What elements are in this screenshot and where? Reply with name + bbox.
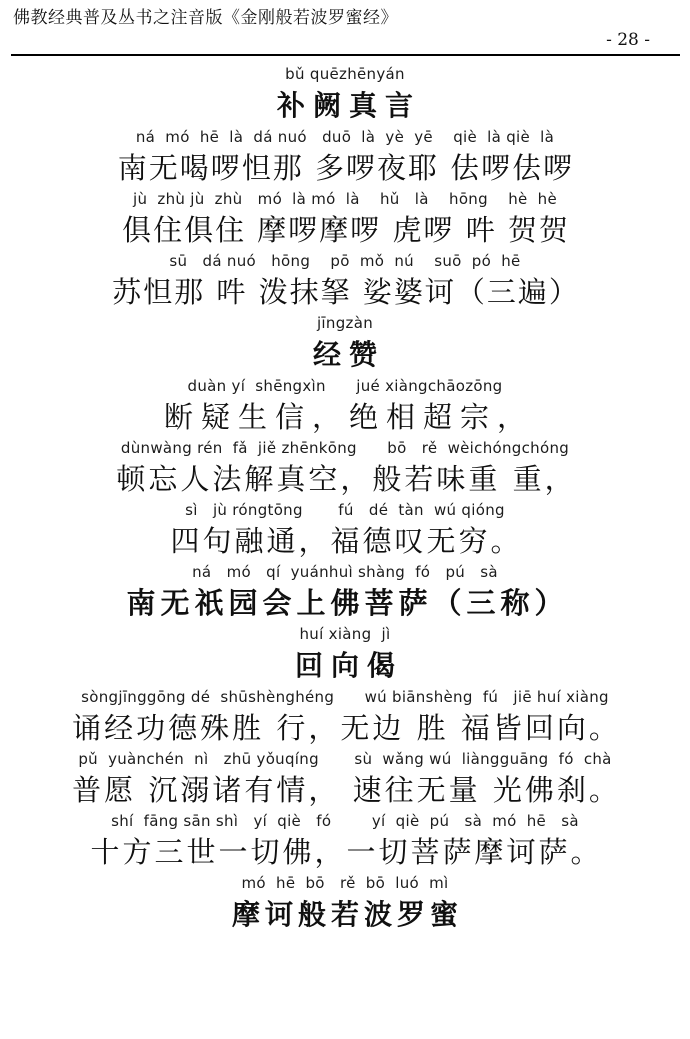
page-number: - 28 - (0, 30, 690, 51)
closing-title-hanzi: 摩诃般若波罗蜜 (0, 894, 690, 935)
pinyin-line: bǔ quēzhēnyán (0, 64, 690, 85)
hanzi-line: 顿忘人法解真空，般若味重 重， (0, 459, 690, 499)
homage-line: ná mó qí yuánhuì shàng fó pú sà 南无祇园会上佛菩… (0, 562, 690, 623)
verse-line: shí fāng sān shì yí qiè fó yí qiè pú sà … (0, 811, 690, 872)
mantra-line: ná mó hē là dá nuó duō là yè yē qiè là q… (0, 127, 690, 188)
section-title-hanzi: 补阙真言 (0, 85, 690, 126)
section-title-jingzan: jīngzàn 经赞 (0, 313, 690, 375)
hanzi-line: 南无祇园会上佛菩萨（三称） (0, 583, 690, 623)
mantra-line: sū dá nuó hōng pō mǒ nú suō pó hē 苏怛那 吽 … (0, 251, 690, 312)
pinyin-line: sòngjīnggōng dé shūshènghéng wú biānshèn… (0, 687, 690, 708)
mantra-line: jù zhù jù zhù mó là mó là hǔ là hōng hè … (0, 189, 690, 250)
hanzi-line: 普愿 沉溺诸有情， 速往无量 光佛刹。 (0, 770, 690, 810)
verse-line: sì jù róngtōng fú dé tàn wú qióng 四句融通，福… (0, 500, 690, 561)
scripture-body: bǔ quēzhēnyán 补阙真言 ná mó hē là dá nuó du… (0, 56, 690, 935)
section-title-hanzi: 回向偈 (0, 645, 690, 686)
pinyin-line: ná mó qí yuánhuì shàng fó pú sà (0, 562, 690, 583)
verse-line: sòngjīnggōng dé shūshènghéng wú biānshèn… (0, 687, 690, 748)
pinyin-line: huí xiàng jì (0, 624, 690, 645)
closing-title: mó hē bō rě bō luó mì 摩诃般若波罗蜜 (0, 873, 690, 935)
pinyin-line: duàn yí shēngxìn jué xiàngchāozōng (0, 376, 690, 397)
hanzi-line: 十方三世一切佛，一切菩萨摩诃萨。 (0, 832, 690, 872)
verse-line: duàn yí shēngxìn jué xiàngchāozōng 断疑生信，… (0, 376, 690, 437)
pinyin-line: jīngzàn (0, 313, 690, 334)
pinyin-line: dùnwàng rén fǎ jiě zhēnkōng bō rě wèichó… (0, 438, 690, 459)
pinyin-line: pǔ yuànchén nì zhū yǒuqíng sù wǎng wú li… (0, 749, 690, 770)
section-title-huixiangji: huí xiàng jì 回向偈 (0, 624, 690, 686)
scripture-page: 佛教经典普及丛书之注音版《金刚般若波罗蜜经》 - 28 - bǔ quēzhēn… (0, 0, 690, 1039)
hanzi-line: 苏怛那 吽 泼抹拏 娑婆诃（三遍） (0, 272, 690, 312)
pinyin-line: sì jù róngtōng fú dé tàn wú qióng (0, 500, 690, 521)
hanzi-line: 断疑生信，绝相超宗， (0, 397, 690, 437)
hanzi-line: 俱住俱住 摩啰摩啰 虎啰 吽 贺贺 (0, 210, 690, 250)
section-title-buque: bǔ quēzhēnyán 补阙真言 (0, 64, 690, 126)
hanzi-line: 四句融通，福德叹无穷。 (0, 521, 690, 561)
page-header: 佛教经典普及丛书之注音版《金刚般若波罗蜜经》 - 28 - (0, 0, 690, 56)
pinyin-line: sū dá nuó hōng pō mǒ nú suō pó hē (0, 251, 690, 272)
pinyin-line: ná mó hē là dá nuó duō là yè yē qiè là q… (0, 127, 690, 148)
pinyin-line: jù zhù jù zhù mó là mó là hǔ là hōng hè … (0, 189, 690, 210)
verse-line: pǔ yuànchén nì zhū yǒuqíng sù wǎng wú li… (0, 749, 690, 810)
verse-line: dùnwàng rén fǎ jiě zhēnkōng bō rě wèichó… (0, 438, 690, 499)
hanzi-line: 南无喝啰怛那 多啰夜耶 佉啰佉啰 (0, 148, 690, 188)
pinyin-line: mó hē bō rě bō luó mì (0, 873, 690, 894)
section-title-hanzi: 经赞 (0, 334, 690, 375)
pinyin-line: shí fāng sān shì yí qiè fó yí qiè pú sà … (0, 811, 690, 832)
hanzi-line: 诵经功德殊胜 行，无边 胜 福皆回向。 (0, 708, 690, 748)
book-title: 佛教经典普及丛书之注音版《金刚般若波罗蜜经》 (0, 7, 690, 29)
